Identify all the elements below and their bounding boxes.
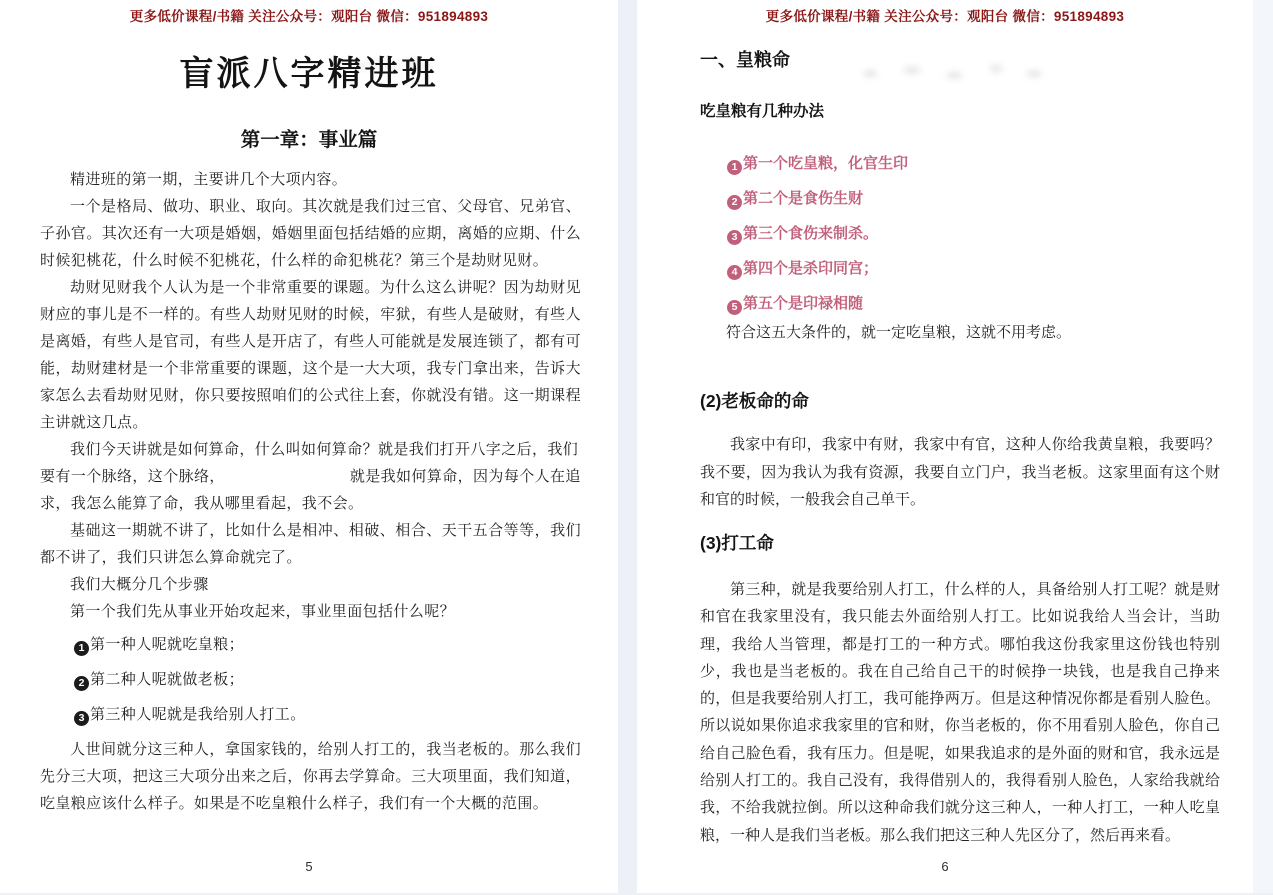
numbered-item: 1第一种人呢就吃皇粮； (74, 632, 581, 659)
numbered-item: 1第一个吃皇粮，化官生印 (727, 147, 1227, 182)
imperial-grain-conditions-list: 1第一个吃皇粮，化官生印 2第二个是食伤生财 3第三个食伤来制杀。 4第四个是杀… (727, 147, 1227, 322)
item-text: 第二个是食伤生财 (743, 191, 863, 207)
numbered-item: 5第五个是印禄相随 (727, 287, 1227, 322)
course-title: 盲派八字精进班 (0, 46, 618, 95)
section-heading: (2)老板命的命 (700, 388, 809, 413)
circled-number-icon: 2 (74, 676, 89, 691)
page-gutter (618, 0, 637, 895)
left-body-text: 精进班的第一期，主要讲几个大项内容。 一个是格局、做功、职业、取向。其次就是我们… (40, 167, 581, 818)
item-text: 第一种人呢就吃皇粮； (90, 637, 244, 653)
circled-number-icon: 4 (727, 265, 742, 280)
paragraph: 第一个我们先从事业开始攻起来，事业里面包括什么呢？ (40, 599, 581, 626)
numbered-item: 3第三种人呢就是我给别人打工。 (74, 702, 581, 729)
item-text: 第一个吃皇粮，化官生印 (743, 156, 908, 172)
paragraph: 一个是格局、做功、职业、取向。其次就是我们过三官、父母官、兄弟官、子孙官。其次还… (40, 194, 581, 275)
item-text: 第二种人呢就做老板； (90, 672, 244, 688)
numbered-item: 2第二种人呢就做老板； (74, 667, 581, 694)
paragraph-with-gap: 我们今天讲就是如何算命，什么叫如何算命？就是我们打开八字之后，我们要有一个脉络，… (40, 437, 581, 518)
item-text: 第三种人呢就是我给别人打工。 (90, 707, 306, 723)
paragraph: 人世间就分这三种人，拿国家钱的，给别人打工的，我当老板的。那么我们先分三大项，把… (40, 737, 581, 818)
promo-banner: 更多低价课程/书籍 关注公众号：观阳台 微信：951894893 (637, 5, 1253, 25)
conditions-note: 符合这五大条件的，就一定吃皇粮，这就不用考虑。 (726, 319, 1226, 347)
subsection-heading: 吃皇粮有几种办法 (700, 99, 824, 121)
career-types-list: 1第一种人呢就吃皇粮； 2第二种人呢就做老板； 3第三种人呢就是我给别人打工。 (74, 632, 581, 729)
paragraph: 我们大概分几个步骤 (40, 572, 581, 599)
numbered-item: 2第二个是食伤生财 (727, 182, 1227, 217)
item-text: 第三个食伤来制杀。 (743, 226, 878, 242)
section-heading: 一、皇粮命 (700, 46, 790, 72)
numbered-item: 3第三个食伤来制杀。 (727, 217, 1227, 252)
page-number: 5 (0, 859, 618, 874)
paragraph: 劫财见财我个人认为是一个非常重要的课题。为什么这么讲呢？因为劫财见财应的事儿是不… (40, 275, 581, 437)
item-text: 第五个是印禄相随 (743, 296, 863, 312)
page-right: 更多低价课程/书籍 关注公众号：观阳台 微信：951894893 一、皇粮命 吃… (637, 0, 1253, 895)
scan-smudge (845, 55, 1055, 89)
right-edge-strip (1253, 0, 1273, 895)
paragraph: 我家中有印，我家中有财，我家中有官，这种人你给我黄皇粮，我要吗？我不要，因为我认… (700, 432, 1220, 515)
circled-number-icon: 1 (74, 641, 89, 656)
page-number: 6 (637, 859, 1253, 874)
paragraph: 基础这一期就不讲了，比如什么是相冲、相破、相合、天干五合等等，我们都不讲了，我们… (40, 518, 581, 572)
document-viewer: 更多低价课程/书籍 关注公众号：观阳台 微信：951894893 盲派八字精进班… (0, 0, 1273, 895)
circled-number-icon: 1 (727, 160, 742, 175)
circled-number-icon: 2 (727, 195, 742, 210)
promo-banner: 更多低价课程/书籍 关注公众号：观阳台 微信：951894893 (0, 5, 618, 25)
circled-number-icon: 3 (74, 711, 89, 726)
chapter-heading: 第一章：事业篇 (0, 124, 618, 152)
item-text: 第四个是杀印同宫； (743, 261, 878, 277)
paragraph: 精进班的第一期，主要讲几个大项内容。 (40, 167, 581, 194)
paragraph: 第三种，就是我要给别人打工，什么样的人，具备给别人打工呢？就是财和官在我家里没有… (700, 577, 1220, 850)
page-left: 更多低价课程/书籍 关注公众号：观阳台 微信：951894893 盲派八字精进班… (0, 0, 618, 895)
numbered-item: 4第四个是杀印同宫； (727, 252, 1227, 287)
circled-number-icon: 5 (727, 300, 742, 315)
section-heading: (3)打工命 (700, 530, 774, 555)
circled-number-icon: 3 (727, 230, 742, 245)
